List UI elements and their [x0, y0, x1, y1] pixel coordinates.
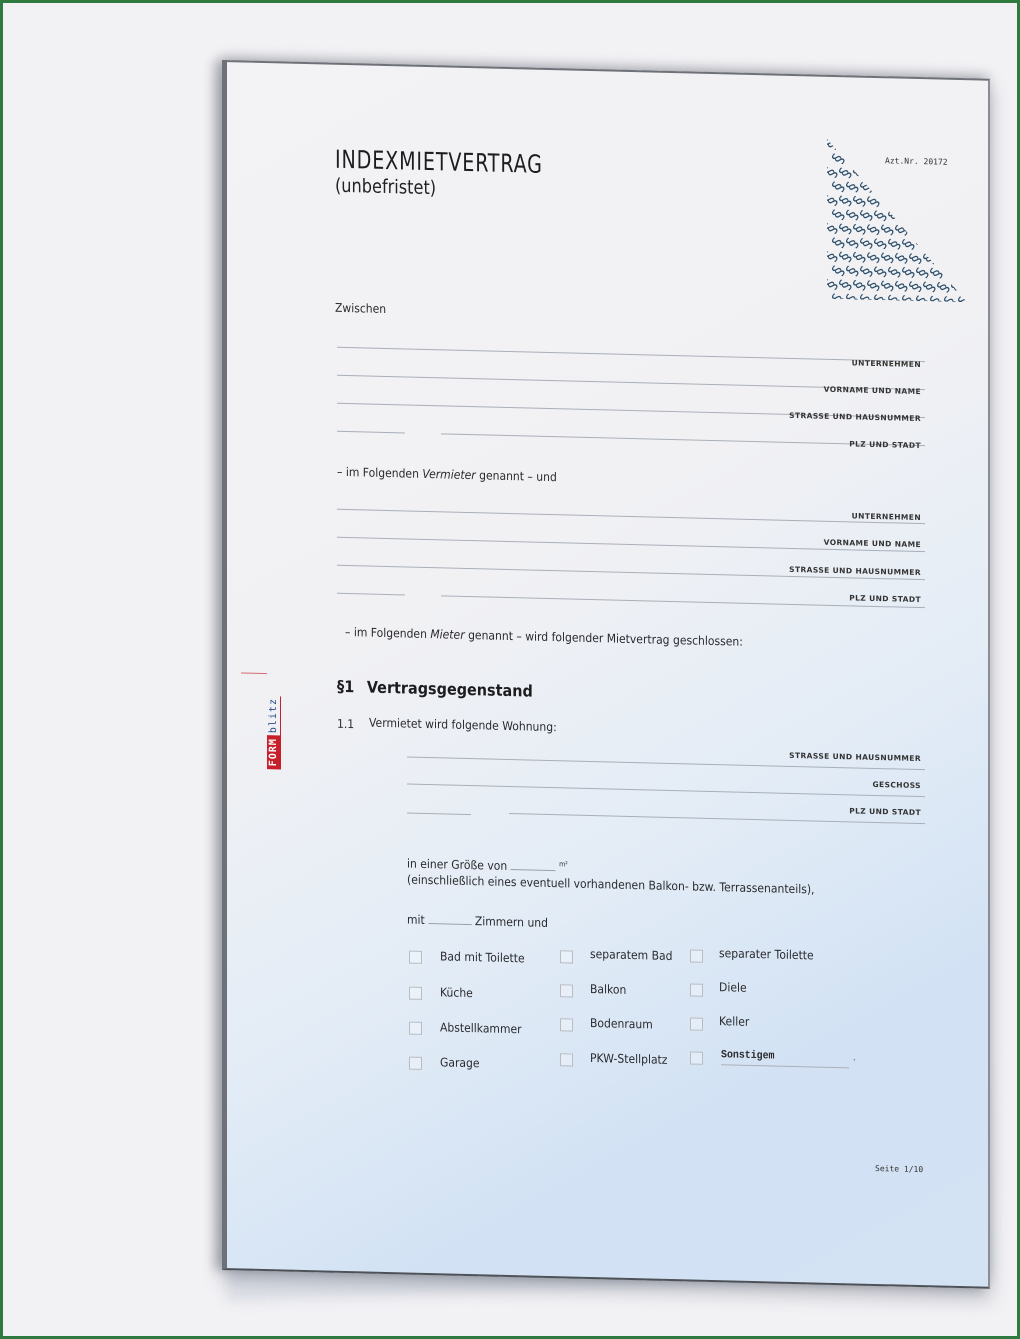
tenant-zip-line[interactable] [337, 593, 405, 596]
checkbox-keller[interactable] [690, 1017, 703, 1030]
checkbox-label: Balkon [590, 982, 626, 997]
section-number: §1 [337, 677, 354, 696]
paragraph-glyph: § [884, 180, 904, 197]
checkbox-sonstigem[interactable] [690, 1051, 703, 1064]
paragraph-glyph: § [940, 237, 960, 254]
logo-blitz: blitz [267, 696, 281, 735]
field-label: STRASSE UND HAUSNUMMER [789, 751, 921, 763]
paragraph-glyph: § [954, 237, 967, 254]
paragraph-glyph: § [891, 166, 911, 183]
paragraph-glyph: § [954, 153, 967, 170]
checkbox-label: Bodenraum [590, 1016, 653, 1032]
checkbox-kueche[interactable] [409, 987, 422, 1000]
tenant-company-line[interactable] [337, 509, 925, 524]
rooms-input[interactable] [428, 923, 471, 925]
paragraph-glyph: § [954, 181, 967, 198]
paragraph-glyph: § [898, 180, 918, 197]
paragraph-glyph: § [856, 151, 876, 168]
landlord-zip-line[interactable] [337, 431, 405, 434]
role-landlord: Vermieter [422, 467, 475, 482]
paragraph-glyph: § [954, 209, 967, 226]
field-label: UNTERNEHMEN [852, 511, 921, 522]
size-row: in einer Größe von m² [407, 857, 568, 875]
checkbox-bodenraum[interactable] [560, 1018, 573, 1031]
paragraph-glyph: § [926, 237, 946, 254]
paragraph-glyph: § [947, 139, 967, 156]
field-label: GESCHOSS [872, 780, 921, 790]
role-tenant: Mieter [430, 627, 464, 642]
sonstigem-terminator: . [853, 1053, 856, 1063]
field-label: VORNAME UND NAME [824, 538, 921, 549]
paragraph-glyph: § [926, 209, 946, 226]
apartment-zip-line[interactable] [407, 813, 471, 816]
paragraph-glyph: § [912, 208, 932, 225]
logo-form: FORM [267, 735, 281, 769]
paragraph-glyph: § [933, 167, 953, 184]
paragraph-glyph: § [947, 195, 967, 212]
checkbox-label: PKW-Stellplatz [590, 1051, 667, 1067]
paragraph-glyph: § [933, 139, 953, 156]
checkbox-separatem-bad[interactable] [560, 950, 573, 963]
checkbox-label: Küche [440, 985, 473, 1000]
checkbox-bad-mit-toilette[interactable] [409, 951, 422, 964]
checkbox-label: Garage [440, 1055, 480, 1070]
document-page: INDEXMIETVERTRAG (unbefristet) §§§§§§§§§… [222, 60, 990, 1289]
paragraph-glyph: § [954, 265, 967, 282]
checkbox-pkw-stellplatz[interactable] [560, 1053, 573, 1066]
checkbox-label: Diele [719, 980, 747, 995]
checkbox-separater-toilette[interactable] [690, 949, 703, 962]
paragraph-glyph: § [877, 139, 897, 154]
field-label: UNTERNEHMEN [852, 358, 921, 369]
paragraph-glyph: § [919, 166, 939, 183]
checkbox-label: separatem Bad [590, 947, 673, 963]
paragraph-glyph: § [905, 194, 925, 211]
checkbox-label: Keller [719, 1014, 749, 1029]
paragraph-glyph: § [912, 180, 932, 197]
paragraph-glyph: § [891, 139, 911, 155]
paragraph-glyph: § [933, 223, 953, 240]
clause-text: Vermietet wird folgende Wohnung: [369, 716, 557, 735]
apartment-floor-line[interactable] [407, 784, 925, 798]
paragraph-glyph: § [891, 194, 911, 211]
size-note: (einschließlich eines eventuell vorhande… [407, 873, 814, 897]
paragraph-glyph: § [863, 139, 883, 154]
checkbox-diele[interactable] [690, 983, 703, 996]
paragraph-glyph: § [947, 223, 967, 240]
paragraph-glyph: § [954, 293, 967, 302]
paragraph-glyph: § [947, 251, 967, 268]
checkbox-label: Abstellkammer [440, 1020, 522, 1036]
paragraph-glyph: § [835, 139, 855, 153]
checkbox-abstellkammer[interactable] [409, 1022, 422, 1035]
checkbox-label-sonstigem: Sonstigem [721, 1049, 774, 1062]
paragraph-glyph: § [877, 165, 897, 182]
document-subtitle: (unbefristet) [335, 175, 436, 199]
checkbox-garage[interactable] [409, 1057, 422, 1070]
paragraph-glyph: § [919, 222, 939, 239]
size-input[interactable] [511, 869, 556, 871]
formblitz-logo: FORM blitz [267, 673, 281, 769]
article-number: Azt.Nr. 20172 [885, 156, 948, 167]
section-title: Vertragsgegenstand [367, 678, 533, 701]
field-label: PLZ UND STADT [849, 593, 921, 604]
field-label: STRASSE UND HAUSNUMMER [789, 565, 921, 577]
checkbox-label: Bad mit Toilette [440, 949, 525, 965]
paragraph-glyph: § [926, 181, 946, 198]
paragraph-glyph: § [898, 208, 918, 225]
paragraph-glyph: § [933, 195, 953, 212]
rooms-row: mit Zimmern und [407, 913, 548, 930]
paragraph-glyph: § [940, 209, 960, 226]
tenant-closing: – im Folgenden Mieter genannt – wird fol… [345, 625, 743, 649]
clause-number: 1.1 [337, 717, 354, 731]
checkbox-label: separater Toilette [719, 946, 814, 962]
paragraph-glyph: § [947, 167, 967, 184]
paragraph-glyph: § [849, 139, 869, 154]
document-title: INDEXMIETVERTRAG [335, 145, 543, 179]
paragraph-glyph: § [905, 166, 925, 183]
field-label: PLZ UND STADT [849, 806, 921, 817]
paragraph-glyph: § [919, 194, 939, 211]
logo-rule [241, 672, 267, 674]
page-number: Seite 1/10 [875, 1164, 923, 1174]
field-label: STRASSE UND HAUSNUMMER [789, 411, 921, 423]
field-label: VORNAME UND NAME [824, 385, 921, 396]
paragraph-glyph: § [905, 139, 925, 155]
intro-text: Zwischen [335, 301, 386, 316]
paragraph-glyph: § [919, 139, 939, 155]
sonstigem-input-line[interactable] [721, 1064, 849, 1068]
checkbox-balkon[interactable] [560, 984, 573, 997]
paragraph-glyph: § [863, 165, 883, 182]
section-heading: §1Vertragsgegenstand [337, 677, 533, 701]
paragraph-glyph: § [940, 181, 960, 198]
paragraph-glyph: § [933, 251, 953, 268]
field-label: PLZ UND STADT [849, 439, 921, 450]
landlord-closing: – im Folgenden Vermieter genannt – und [337, 465, 557, 484]
landlord-company-line[interactable] [337, 347, 925, 362]
size-unit: m² [559, 860, 568, 868]
